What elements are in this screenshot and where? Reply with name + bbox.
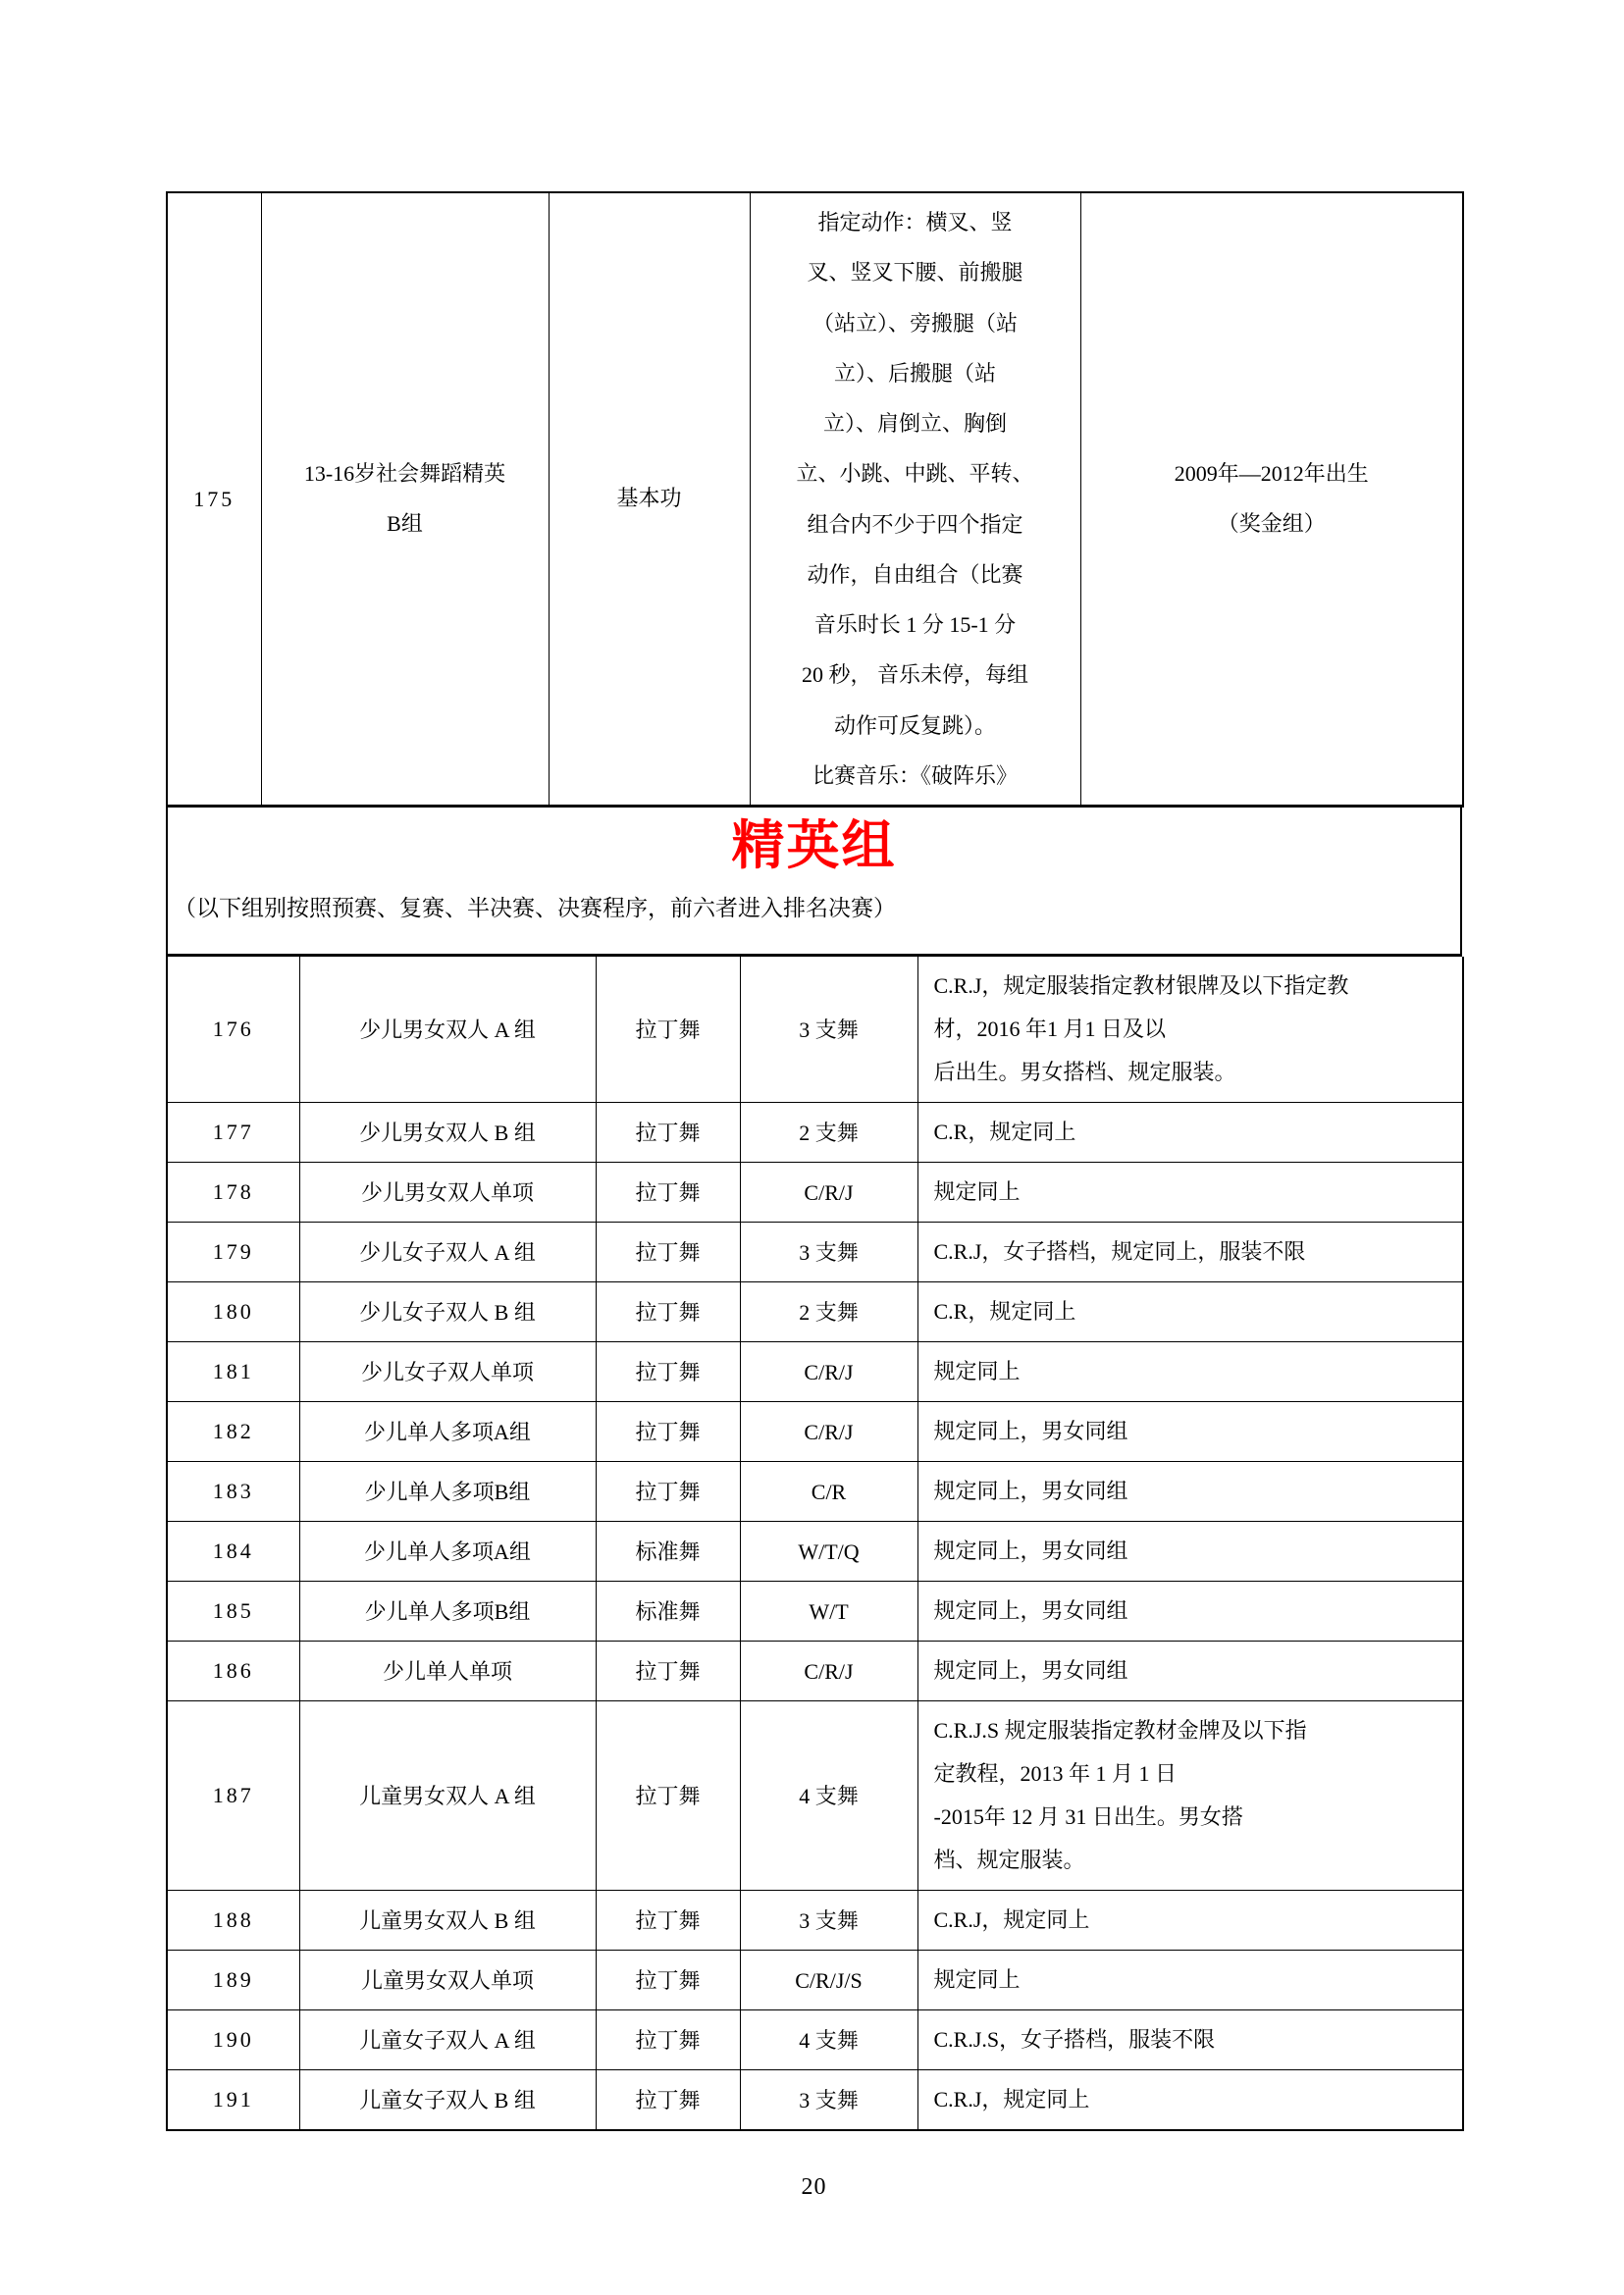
rule-text: 规定同上 xyxy=(917,1951,1463,2010)
page-number: 20 xyxy=(166,2174,1462,2201)
rule-text: C.R.J.S 规定服装指定教材金牌及以下指 定教程，2013 年 1 月 1 … xyxy=(917,1701,1463,1891)
rule-text: 规定同上，男女同组 xyxy=(917,1642,1463,1701)
dance-count: 3 支舞 xyxy=(740,2070,917,2131)
dance-type: 拉丁舞 xyxy=(596,2010,740,2070)
section-note: （以下组别按照预赛、复赛、半决赛、决赛程序，前六者进入排名决赛） xyxy=(168,890,1460,922)
rule-text: 规定同上，男女同组 xyxy=(917,1582,1463,1642)
dance-count: C/R xyxy=(740,1462,917,1522)
table-row: 187 儿童男女双人 A 组 拉丁舞 4 支舞 C.R.J.S 规定服装指定教材… xyxy=(167,1701,1463,1891)
row-number: 186 xyxy=(167,1642,299,1701)
elite-table: 176 少儿男女双人 A 组 拉丁舞 3 支舞 C.R.J，规定服装指定教材银牌… xyxy=(166,957,1464,2131)
dance-count: C/R/J xyxy=(740,1342,917,1402)
table-row: 189 儿童男女双人单项 拉丁舞 C/R/J/S 规定同上 xyxy=(167,1951,1463,2010)
dance-type: 基本功 xyxy=(549,192,750,807)
row-number: 185 xyxy=(167,1582,299,1642)
table-row: 185 少儿单人多项B组 标准舞 W/T 规定同上，男女同组 xyxy=(167,1582,1463,1642)
document-page: 175 13-16岁社会舞蹈精英 B组 基本功 指定动作：横叉、竖 叉、竖叉下腰… xyxy=(0,0,1624,2295)
requirements-text: 指定动作：横叉、竖 叉、竖叉下腰、前搬腿 （站立）、旁搬腿（站 立）、后搬腿（站… xyxy=(750,192,1080,807)
dance-type: 拉丁舞 xyxy=(596,1103,740,1163)
table-row: 180 少儿女子双人 B 组 拉丁舞 2 支舞 C.R，规定同上 xyxy=(167,1282,1463,1342)
group-name: 少儿单人多项B组 xyxy=(299,1462,596,1522)
section-title: 精英组 xyxy=(168,811,1460,880)
rule-text: 规定同上 xyxy=(917,1342,1463,1402)
table-row: 179 少儿女子双人 A 组 拉丁舞 3 支舞 C.R.J，女子搭档，规定同上，… xyxy=(167,1223,1463,1282)
group-name: 少儿女子双人单项 xyxy=(299,1342,596,1402)
row-number: 187 xyxy=(167,1701,299,1891)
age-range: 2009年—2012年出生 （奖金组） xyxy=(1080,192,1463,807)
rule-text: 规定同上，男女同组 xyxy=(917,1402,1463,1462)
group-name: 儿童男女双人 B 组 xyxy=(299,1891,596,1951)
rule-text: C.R.J，规定同上 xyxy=(917,2070,1463,2131)
rule-text: 规定同上，男女同组 xyxy=(917,1462,1463,1522)
table-row: 178 少儿男女双人单项 拉丁舞 C/R/J 规定同上 xyxy=(167,1163,1463,1223)
group-name: 少儿女子双人 A 组 xyxy=(299,1223,596,1282)
table-row: 177 少儿男女双人 B 组 拉丁舞 2 支舞 C.R，规定同上 xyxy=(167,1103,1463,1163)
dance-type: 拉丁舞 xyxy=(596,1163,740,1223)
table-row: 181 少儿女子双人单项 拉丁舞 C/R/J 规定同上 xyxy=(167,1342,1463,1402)
row-number: 182 xyxy=(167,1402,299,1462)
group-name: 少儿男女双人单项 xyxy=(299,1163,596,1223)
dance-type: 拉丁舞 xyxy=(596,1282,740,1342)
continuation-table: 175 13-16岁社会舞蹈精英 B组 基本功 指定动作：横叉、竖 叉、竖叉下腰… xyxy=(166,191,1464,808)
group-name: 少儿单人多项A组 xyxy=(299,1522,596,1582)
dance-type: 拉丁舞 xyxy=(596,1223,740,1282)
row-number: 176 xyxy=(167,957,299,1103)
group-name: 儿童女子双人 A 组 xyxy=(299,2010,596,2070)
group-name: 少儿单人多项A组 xyxy=(299,1402,596,1462)
row-number: 188 xyxy=(167,1891,299,1951)
dance-type: 拉丁舞 xyxy=(596,1891,740,1951)
group-name: 少儿单人多项B组 xyxy=(299,1582,596,1642)
rule-text: 规定同上 xyxy=(917,1163,1463,1223)
table-row: 190 儿童女子双人 A 组 拉丁舞 4 支舞 C.R.J.S，女子搭档，服装不… xyxy=(167,2010,1463,2070)
group-name: 少儿男女双人 A 组 xyxy=(299,957,596,1103)
dance-type: 拉丁舞 xyxy=(596,957,740,1103)
dance-count: 2 支舞 xyxy=(740,1282,917,1342)
dance-count: 3 支舞 xyxy=(740,957,917,1103)
group-name: 少儿男女双人 B 组 xyxy=(299,1103,596,1163)
dance-type: 拉丁舞 xyxy=(596,1701,740,1891)
row-number: 190 xyxy=(167,2010,299,2070)
group-name: 13-16岁社会舞蹈精英 B组 xyxy=(261,192,549,807)
table-row: 175 13-16岁社会舞蹈精英 B组 基本功 指定动作：横叉、竖 叉、竖叉下腰… xyxy=(167,192,1463,807)
dance-type: 拉丁舞 xyxy=(596,1462,740,1522)
rule-text: C.R，规定同上 xyxy=(917,1103,1463,1163)
dance-type: 拉丁舞 xyxy=(596,1642,740,1701)
table-row: 186 少儿单人单项 拉丁舞 C/R/J 规定同上，男女同组 xyxy=(167,1642,1463,1701)
dance-count: C/R/J xyxy=(740,1402,917,1462)
dance-count: W/T xyxy=(740,1582,917,1642)
row-number: 175 xyxy=(167,192,261,807)
row-number: 180 xyxy=(167,1282,299,1342)
dance-type: 拉丁舞 xyxy=(596,2070,740,2131)
rule-text: C.R.J，规定服装指定教材银牌及以下指定教 材，2016 年1 月1 日及以 … xyxy=(917,957,1463,1103)
table-row: 182 少儿单人多项A组 拉丁舞 C/R/J 规定同上，男女同组 xyxy=(167,1402,1463,1462)
dance-count: 4 支舞 xyxy=(740,1701,917,1891)
table-row: 191 儿童女子双人 B 组 拉丁舞 3 支舞 C.R.J，规定同上 xyxy=(167,2070,1463,2131)
row-number: 178 xyxy=(167,1163,299,1223)
row-number: 183 xyxy=(167,1462,299,1522)
rule-text: C.R.J，女子搭档，规定同上，服装不限 xyxy=(917,1223,1463,1282)
table-row: 184 少儿单人多项A组 标准舞 W/T/Q 规定同上，男女同组 xyxy=(167,1522,1463,1582)
row-number: 177 xyxy=(167,1103,299,1163)
rule-text: C.R.J，规定同上 xyxy=(917,1891,1463,1951)
section-band: 精英组 （以下组别按照预赛、复赛、半决赛、决赛程序，前六者进入排名决赛） xyxy=(166,808,1462,957)
dance-type: 标准舞 xyxy=(596,1582,740,1642)
group-name: 少儿单人单项 xyxy=(299,1642,596,1701)
group-name: 儿童男女双人 A 组 xyxy=(299,1701,596,1891)
dance-count: 4 支舞 xyxy=(740,2010,917,2070)
dance-count: 3 支舞 xyxy=(740,1891,917,1951)
rule-text: 规定同上，男女同组 xyxy=(917,1522,1463,1582)
dance-type: 拉丁舞 xyxy=(596,1402,740,1462)
dance-count: C/R/J/S xyxy=(740,1951,917,2010)
dance-count: 2 支舞 xyxy=(740,1103,917,1163)
dance-count: W/T/Q xyxy=(740,1522,917,1582)
dance-type: 拉丁舞 xyxy=(596,1951,740,2010)
group-name: 儿童男女双人单项 xyxy=(299,1951,596,2010)
group-name: 少儿女子双人 B 组 xyxy=(299,1282,596,1342)
dance-type: 标准舞 xyxy=(596,1522,740,1582)
table-row: 183 少儿单人多项B组 拉丁舞 C/R 规定同上，男女同组 xyxy=(167,1462,1463,1522)
table-row: 188 儿童男女双人 B 组 拉丁舞 3 支舞 C.R.J，规定同上 xyxy=(167,1891,1463,1951)
table-row: 176 少儿男女双人 A 组 拉丁舞 3 支舞 C.R.J，规定服装指定教材银牌… xyxy=(167,957,1463,1103)
dance-count: 3 支舞 xyxy=(740,1223,917,1282)
rule-text: C.R.J.S，女子搭档，服装不限 xyxy=(917,2010,1463,2070)
dance-count: C/R/J xyxy=(740,1642,917,1701)
dance-type: 拉丁舞 xyxy=(596,1342,740,1402)
group-name: 儿童女子双人 B 组 xyxy=(299,2070,596,2131)
row-number: 189 xyxy=(167,1951,299,2010)
row-number: 181 xyxy=(167,1342,299,1402)
row-number: 179 xyxy=(167,1223,299,1282)
row-number: 191 xyxy=(167,2070,299,2131)
rule-text: C.R，规定同上 xyxy=(917,1282,1463,1342)
row-number: 184 xyxy=(167,1522,299,1582)
dance-count: C/R/J xyxy=(740,1163,917,1223)
page-content: 175 13-16岁社会舞蹈精英 B组 基本功 指定动作：横叉、竖 叉、竖叉下腰… xyxy=(166,191,1462,2201)
